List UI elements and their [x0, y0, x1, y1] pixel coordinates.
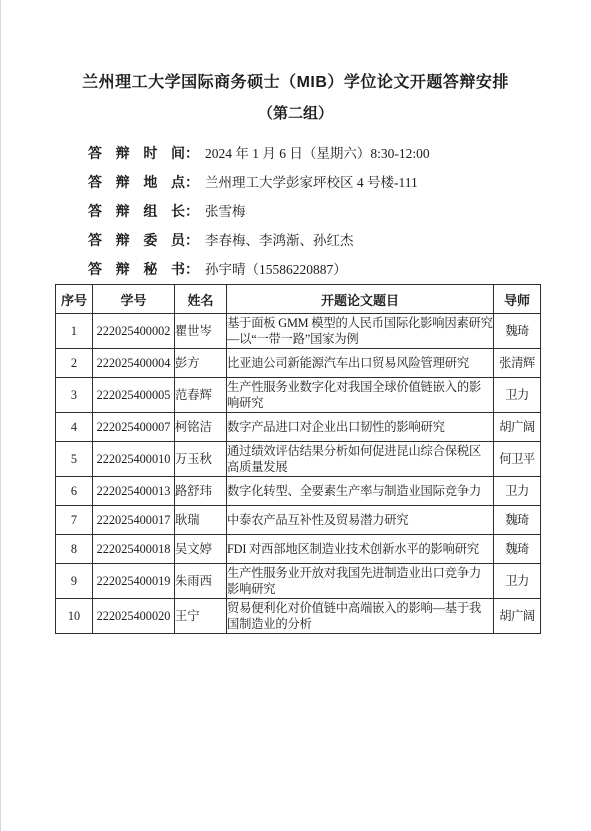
- defense-time-label: 答辩时间: [88, 139, 185, 168]
- defense-time-colon: ：: [185, 145, 199, 161]
- table-row: 4 222025400007 柯铭洁 数字产品进口对企业出口韧性的影响研究 胡广…: [56, 413, 541, 442]
- defense-chair-colon: ：: [185, 203, 199, 219]
- defense-location-colon: ：: [185, 174, 199, 190]
- table-row: 3 222025400005 范春辉 生产性服务业数字化对我国全球价值链嵌入的影…: [56, 378, 541, 413]
- defense-secretary-label: 答辩秘书: [88, 255, 185, 284]
- cell-advisor: 魏琦: [494, 535, 541, 564]
- defense-chair-label: 答辩组长: [88, 197, 185, 226]
- table-row: 1 222025400002 瞿世岑 基于面板 GMM 模型的人民币国际化影响因…: [56, 314, 541, 349]
- defense-committee-label: 答辩委员: [88, 226, 185, 255]
- defense-info-section: 答辩时间：2024 年 1 月 6 日（星期六）8:30-12:00 答辩地点：…: [0, 138, 591, 283]
- cell-topic: 通过绩效评估结果分析如何促进昆山综合保税区高质量发展: [227, 442, 494, 477]
- defense-chair-line: 答辩组长：张雪梅: [0, 196, 591, 225]
- cell-topic: 比亚迪公司新能源汽车出口贸易风险管理研究: [227, 349, 494, 378]
- defense-committee-line: 答辩委员：李春梅、李鸿渐、孙红杰: [0, 225, 591, 254]
- header-name: 姓名: [175, 285, 227, 314]
- table-row: 8 222025400018 吴文婷 FDI 对西部地区制造业技术创新水平的影响…: [56, 535, 541, 564]
- cell-no: 8: [56, 535, 93, 564]
- table-row: 10 222025400020 王宁 贸易便利化对价值链中高端嵌入的影响—基于我…: [56, 599, 541, 634]
- cell-topic: FDI 对西部地区制造业技术创新水平的影响研究: [227, 535, 494, 564]
- cell-topic: 数字产品进口对企业出口韧性的影响研究: [227, 413, 494, 442]
- cell-no: 3: [56, 378, 93, 413]
- cell-advisor: 胡广阔: [494, 413, 541, 442]
- cell-name: 朱雨西: [175, 564, 227, 599]
- defense-secretary-colon: ：: [185, 261, 199, 277]
- cell-no: 5: [56, 442, 93, 477]
- cell-student-id: 222025400010: [93, 442, 175, 477]
- header-student-id: 学号: [93, 285, 175, 314]
- cell-name: 万玉秋: [175, 442, 227, 477]
- defense-location-value: 兰州理工大学彭家坪校区 4 号楼-111: [205, 175, 418, 190]
- cell-name: 耿瑞: [175, 506, 227, 535]
- table-row: 9 222025400019 朱雨西 生产性服务业开放对我国先进制造业出口竞争力…: [56, 564, 541, 599]
- cell-no: 9: [56, 564, 93, 599]
- cell-advisor: 卫力: [494, 477, 541, 506]
- cell-student-id: 222025400013: [93, 477, 175, 506]
- cell-student-id: 222025400019: [93, 564, 175, 599]
- cell-advisor: 卫力: [494, 378, 541, 413]
- cell-name: 吴文婷: [175, 535, 227, 564]
- cell-name: 路舒玮: [175, 477, 227, 506]
- cell-topic: 生产性服务业数字化对我国全球价值链嵌入的影响研究: [227, 378, 494, 413]
- cell-no: 2: [56, 349, 93, 378]
- cell-advisor: 卫力: [494, 564, 541, 599]
- table-row: 2 222025400004 彭方 比亚迪公司新能源汽车出口贸易风险管理研究 张…: [56, 349, 541, 378]
- header-topic: 开题论文题目: [227, 285, 494, 314]
- cell-student-id: 222025400004: [93, 349, 175, 378]
- cell-student-id: 222025400018: [93, 535, 175, 564]
- cell-advisor: 魏琦: [494, 506, 541, 535]
- cell-student-id: 222025400007: [93, 413, 175, 442]
- header-no: 序号: [56, 285, 93, 314]
- cell-name: 彭方: [175, 349, 227, 378]
- defense-time-line: 答辩时间：2024 年 1 月 6 日（星期六）8:30-12:00: [0, 138, 591, 167]
- cell-no: 10: [56, 599, 93, 634]
- cell-student-id: 222025400017: [93, 506, 175, 535]
- cell-topic: 中泰农产品互补性及贸易潜力研究: [227, 506, 494, 535]
- cell-topic: 贸易便利化对价值链中高端嵌入的影响—基于我国制造业的分析: [227, 599, 494, 634]
- defense-committee-value: 李春梅、李鸿渐、孙红杰: [205, 233, 354, 248]
- cell-advisor: 何卫平: [494, 442, 541, 477]
- defense-chair-value: 张雪梅: [205, 204, 246, 219]
- page-edge-line: [0, 0, 1, 831]
- cell-no: 1: [56, 314, 93, 349]
- cell-advisor: 胡广阔: [494, 599, 541, 634]
- defense-location-line: 答辩地点：兰州理工大学彭家坪校区 4 号楼-111: [0, 167, 591, 196]
- defense-secretary-line: 答辩秘书：孙宇晴（15586220887）: [0, 254, 591, 283]
- cell-no: 6: [56, 477, 93, 506]
- cell-topic: 数字化转型、全要素生产率与制造业国际竞争力: [227, 477, 494, 506]
- cell-student-id: 222025400020: [93, 599, 175, 634]
- defense-secretary-value: 孙宇晴（15586220887）: [205, 262, 347, 277]
- defense-time-value: 2024 年 1 月 6 日（星期六）8:30-12:00: [205, 146, 430, 161]
- defense-schedule-table: 序号 学号 姓名 开题论文题目 导师 1 222025400002 瞿世岑 基于…: [55, 284, 541, 634]
- table-row: 7 222025400017 耿瑞 中泰农产品互补性及贸易潜力研究 魏琦: [56, 506, 541, 535]
- cell-name: 王宁: [175, 599, 227, 634]
- cell-topic: 生产性服务业开放对我国先进制造业出口竞争力影响研究: [227, 564, 494, 599]
- cell-topic: 基于面板 GMM 模型的人民币国际化影响因素研究—以“一带一路”国家为例: [227, 314, 494, 349]
- document-subtitle: （第二组）: [0, 102, 591, 126]
- cell-no: 4: [56, 413, 93, 442]
- cell-advisor: 魏琦: [494, 314, 541, 349]
- defense-committee-colon: ：: [185, 232, 199, 248]
- table-row: 6 222025400013 路舒玮 数字化转型、全要素生产率与制造业国际竞争力…: [56, 477, 541, 506]
- document-page: { "document": { "title": "兰州理工大学国际商务硕士（M…: [0, 0, 591, 831]
- cell-no: 7: [56, 506, 93, 535]
- cell-name: 范春辉: [175, 378, 227, 413]
- table-row: 5 222025400010 万玉秋 通过绩效评估结果分析如何促进昆山综合保税区…: [56, 442, 541, 477]
- table-header-row: 序号 学号 姓名 开题论文题目 导师: [56, 285, 541, 314]
- document-title: 兰州理工大学国际商务硕士（MIB）学位论文开题答辩安排: [0, 71, 591, 95]
- cell-name: 柯铭洁: [175, 413, 227, 442]
- cell-advisor: 张清辉: [494, 349, 541, 378]
- defense-location-label: 答辩地点: [88, 168, 185, 197]
- header-advisor: 导师: [494, 285, 541, 314]
- cell-name: 瞿世岑: [175, 314, 227, 349]
- cell-student-id: 222025400005: [93, 378, 175, 413]
- cell-student-id: 222025400002: [93, 314, 175, 349]
